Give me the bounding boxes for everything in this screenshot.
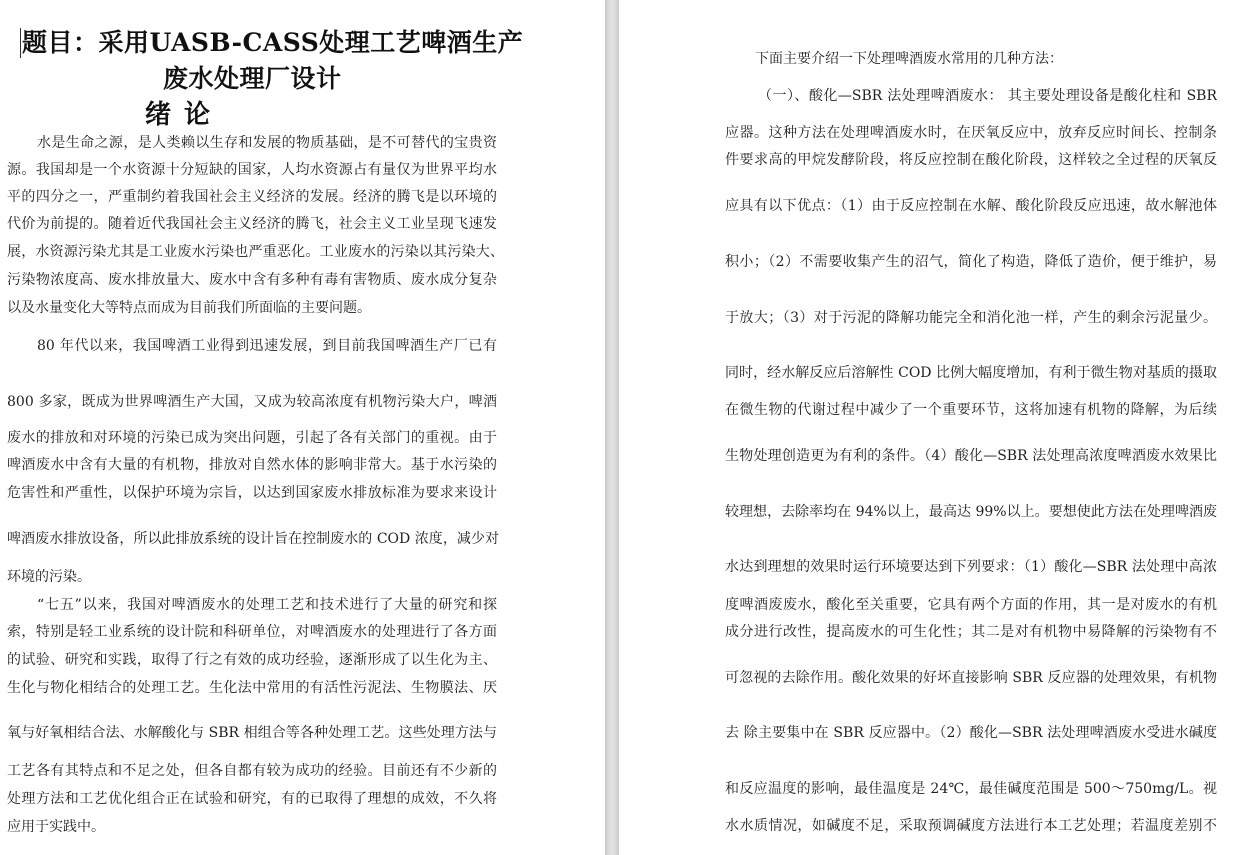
paragraph-line: 于放大；（3）对于污泥的降解功能完全和消化池一样，产生的剩余污泥量少。 <box>725 308 1217 328</box>
paragraph-line: 下面主要介绍一下处理啤酒废水常用的几种方法： <box>755 49 1063 69</box>
paragraph-line: 索，特别是轻工业系统的设计院和科研单位，对啤酒废水的处理进行了各方面 <box>7 622 497 642</box>
section-heading-introduction: 绪 论 <box>145 100 212 130</box>
paragraph-line: 处理方法和工艺优化组合正在试验和研究，有的已取得了理想的成效，不久将 <box>7 789 497 809</box>
document-page-left: 题目：采用UASB-CASS处理工艺啤酒生产 废水处理厂设计 绪 论 水是生命之… <box>0 0 605 855</box>
paragraph-line: 代价为前提的。随着近代我国社会主义经济的腾飞，社会主义工业呈现飞速发 <box>7 214 497 234</box>
paragraph-line: 水水质情况，如碱度不足，采取预调碱度方法进行本工艺处理；若温度差别不 <box>725 816 1217 836</box>
paragraph-line: 平的四分之一，严重制约着我国社会主义经济的发展。经济的腾飞是以环境的 <box>7 187 497 207</box>
paragraph-line: “七五”以来，我国对啤酒废水的处理工艺和技术进行了大量的研究和探 <box>37 595 497 615</box>
paragraph-line: 危害性和严重性，以保护环境为宗旨，以达到国家废水排放标准为要求来设计 <box>7 483 497 503</box>
paragraph-line: 的试验、研究和实践，取得了行之有效的成功经验，逐渐形成了以生化为主、 <box>7 650 497 670</box>
paragraph-line: 积小；（2）不需要收集产生的沼气，简化了构造，降低了造价，便于维护，易 <box>725 252 1217 272</box>
paragraph-line: 应器。这种方法在处理啤酒废水时，在厌氧反应中，放弃反应时间长、控制条 <box>725 123 1217 143</box>
paragraph-line: 展，水资源污染尤其是工业废水污染也严重恶化。工业废水的污染以其污染大、 <box>7 242 504 262</box>
paragraph-line: 啤酒废水排放设备，所以此排放系统的设计旨在控制废水的 COD 浓度，减少对 <box>7 529 499 549</box>
paragraph-line: 废水的排放和对环境的污染已成为突出问题，引起了各有关部门的重视。由于 <box>7 428 497 448</box>
paragraph-line: 以及水量变化大等特点而成为目前我们所面临的主要问题。 <box>7 298 371 318</box>
paragraph-line: 去 除主要集中在 SBR 反应器中。（2）酸化—SBR 法处理啤酒废水受进水碱度 <box>725 723 1217 743</box>
paragraph-line: 成分进行改性，提高废水的可生化性；其二是对有机物中易降解的污染物有不 <box>725 622 1217 642</box>
paragraph-line: 水是生命之源，是人类赖以生存和发展的物质基础，是不可替代的宝贵资 <box>37 133 497 153</box>
paragraph-line: 度啤酒废废水，酸化至关重要，它具有两个方面的作用，其一是对废水的有机 <box>725 595 1217 615</box>
document-page-right: 下面主要介绍一下处理啤酒废水常用的几种方法： （一）、酸化—SBR 法处理啤酒废… <box>619 0 1244 855</box>
paragraph-line: 生化与物化相结合的处理工艺。生化法中常用的有活性污泥法、生物膜法、厌 <box>7 678 497 698</box>
paragraph-line: 在微生物的代谢过程中减少了一个重要环节，这将加速有机物的降解，为后续 <box>725 400 1217 420</box>
paragraph-line: 氧与好氧相结合法、水解酸化与 SBR 相组合等各种处理工艺。这些处理方法与 <box>7 723 497 743</box>
paragraph-line: （一）、酸化—SBR 法处理啤酒废水： 其主要处理设备是酸化柱和 SBR 反 <box>758 86 1217 106</box>
page-gutter <box>605 0 619 855</box>
paragraph-line: 应用于实践中。 <box>7 817 105 837</box>
paragraph-line: 生物处理创造更为有利的条件。（4）酸化—SBR 法处理高浓度啤酒废水效果比 <box>725 446 1217 466</box>
paragraph-line: 和反应温度的影响，最佳温度是 24℃，最佳碱度范围是 500～750mg/L。视… <box>725 779 1217 799</box>
paragraph-line: 可忽视的去除作用。酸化效果的好坏直接影响 SBR 反应器的处理效果，有机物 <box>725 668 1217 688</box>
paragraph-line: 环境的污染。 <box>7 567 91 587</box>
paragraph-line: 污染物浓度高、废水排放量大、废水中含有多种有毒有害物质、废水成分复杂 <box>7 270 497 290</box>
document-title-line-2: 废水处理厂设计 <box>163 63 342 95</box>
paragraph-line: 件要求高的甲烷发酵阶段，将反应控制在酸化阶段，这样较之全过程的厌氧反 <box>725 150 1217 170</box>
text-cursor <box>20 28 21 58</box>
paragraph-line: 工艺各有其特点和不足之处，但各自都有较为成功的经验。目前还有不少新的 <box>7 761 497 781</box>
paragraph-line: 800 多家，既成为世界啤酒生产大国，又成为较高浓度有机物污染大户，啤酒 <box>7 392 497 412</box>
paragraph-line: 水达到理想的效果时运行环境要达到下列要求：（1）酸化—SBR 法处理中高浓 <box>725 557 1217 577</box>
paragraph-line: 源。我国却是一个水资源十分短缺的国家，人均水资源占有量仅为世界平均水 <box>7 160 497 180</box>
paragraph-line: 较理想，去除率均在 94%以上，最高达 99%以上。要想使此方法在处理啤酒废 <box>725 502 1217 522</box>
document-title-line-1: 题目：采用UASB-CASS处理工艺啤酒生产 <box>22 27 523 59</box>
paragraph-line: 80 年代以来，我国啤酒工业得到迅速发展，到目前我国啤酒生产厂已有 <box>37 336 497 356</box>
paragraph-line: 同时，经水解反应后溶解性 COD 比例大幅度增加，有利于微生物对基质的摄取 <box>725 363 1217 383</box>
paragraph-line: 应具有以下优点：（1）由于反应控制在水解、酸化阶段反应迅速，故水解池体 <box>725 196 1217 216</box>
paragraph-line: 啤酒废水中含有大量的有机物，排放对自然水体的影响非常大。基于水污染的 <box>7 455 497 475</box>
